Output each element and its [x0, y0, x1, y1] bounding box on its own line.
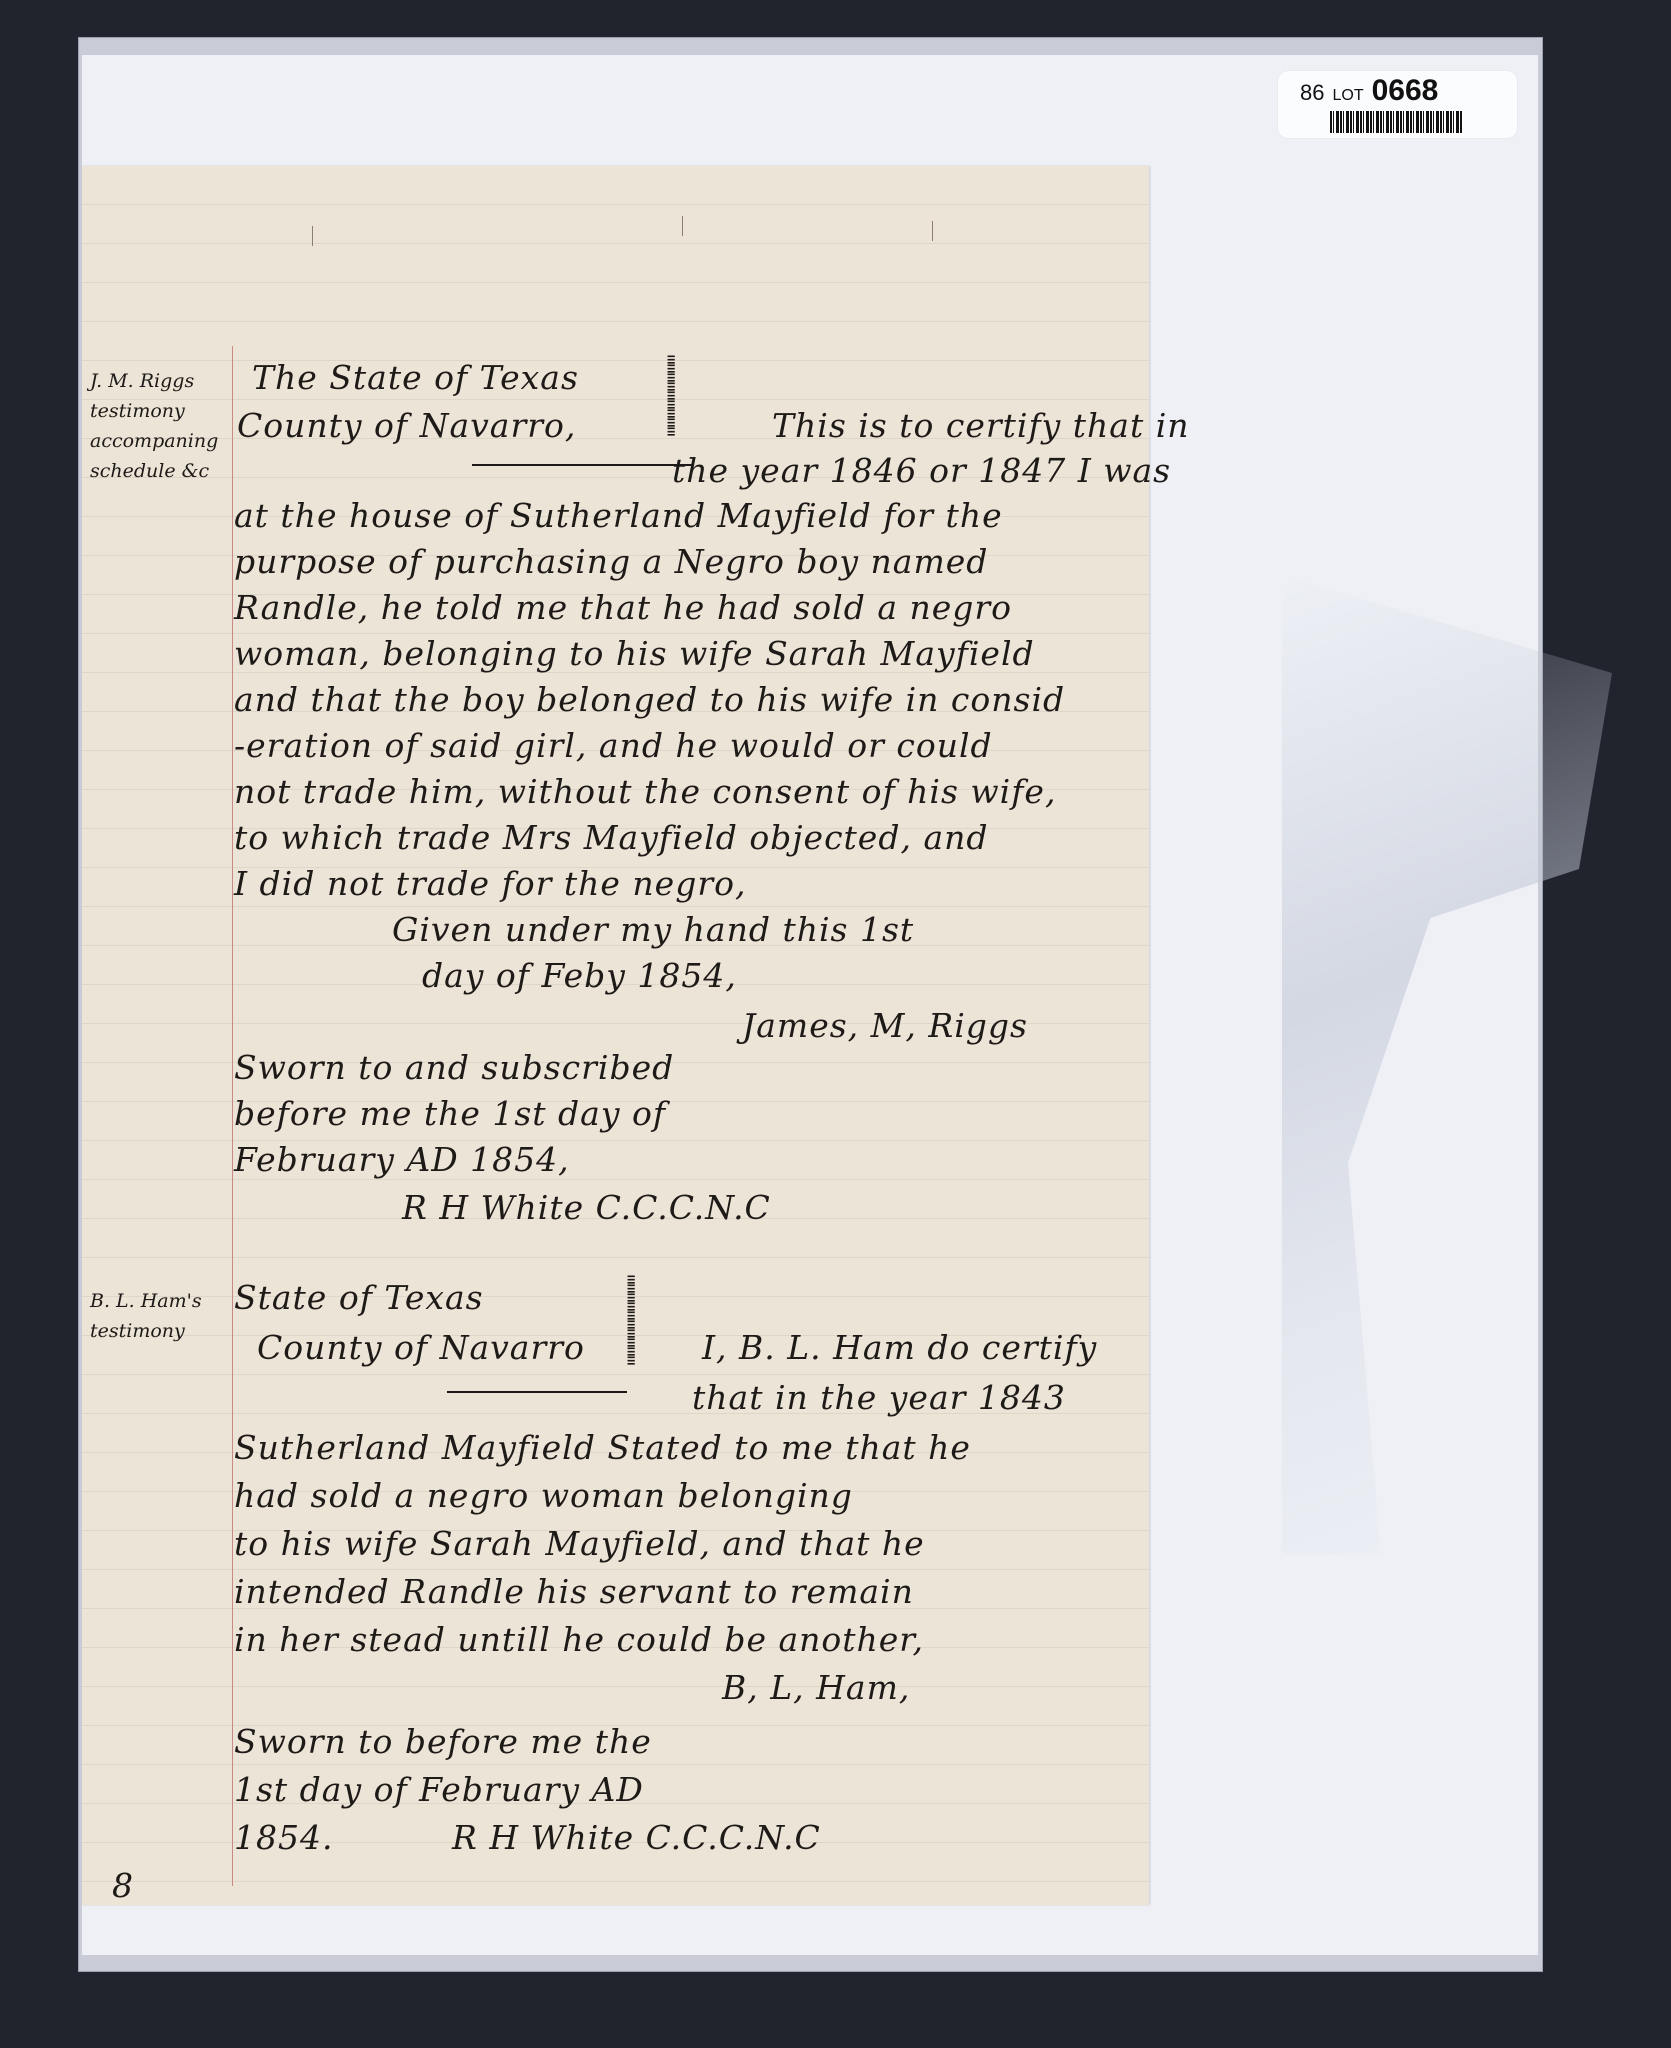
body-line: and that the boy belonged to his wife in… — [234, 680, 1065, 719]
manuscript-page: J. M. Riggs testimony accompaning schedu… — [82, 166, 1149, 1905]
fold-mark — [312, 226, 313, 246]
heading-county: County of Navarro, — [237, 406, 576, 445]
jurat-line: Sworn to before me the — [234, 1722, 652, 1761]
body-line: This is to certify that in — [772, 406, 1190, 445]
signature-riggs: James, M, Riggs — [742, 1006, 1028, 1045]
fold-mark — [682, 216, 683, 236]
body-line: to his wife Sarah Mayfield, and that he — [234, 1524, 925, 1563]
seal-brace: ≡≡≡≡≡≡≡≡≡≡ — [627, 1276, 635, 1366]
clerk-signature: R H White C.C.C.N.C — [452, 1818, 821, 1857]
clerk-signature: R H White C.C.C.N.C — [402, 1188, 771, 1227]
body-line: had sold a negro woman belonging — [234, 1476, 853, 1515]
fold-mark — [932, 221, 933, 241]
given-line: day of Feby 1854, — [422, 956, 737, 995]
body-line: the year 1846 or 1847 I was — [672, 451, 1171, 490]
given-line: Given under my hand this 1st — [392, 910, 914, 949]
sale-number: 86 — [1300, 80, 1324, 106]
heading-state: The State of Texas — [252, 358, 579, 397]
body-line: I did not trade for the negro, — [234, 864, 746, 903]
heading-underline — [472, 464, 692, 466]
jurat-line: before me the 1st day of — [234, 1094, 666, 1133]
body-line: -eration of said girl, and he would or c… — [234, 726, 993, 765]
lot-number: 0668 — [1372, 74, 1439, 108]
auction-lot-label: 86 LOT 0668 — [1278, 71, 1517, 138]
heading-county: County of Navarro — [257, 1328, 585, 1367]
jurat-line: Sworn to and subscribed — [234, 1048, 674, 1087]
seal-brace: ≡≡≡≡≡≡≡≡≡ — [667, 356, 675, 437]
body-line: in her stead untill he could be another, — [234, 1620, 924, 1659]
margin-note-riggs: J. M. Riggs testimony accompaning schedu… — [90, 366, 218, 486]
body-line: to which trade Mrs Mayfield objected, an… — [234, 818, 989, 857]
sleeve-reflection — [1282, 575, 1612, 1555]
margin-rule — [232, 346, 233, 1886]
body-line: at the house of Sutherland Mayfield for … — [234, 496, 1003, 535]
lot-prefix: LOT — [1332, 87, 1363, 105]
jurat-line: 1854. — [234, 1818, 333, 1857]
body-line: that in the year 1843 — [692, 1378, 1066, 1417]
page-number: 8 — [112, 1866, 134, 1905]
barcode-icon — [1330, 111, 1462, 133]
body-line: intended Randle his servant to remain — [234, 1572, 914, 1611]
body-line: woman, belonging to his wife Sarah Mayfi… — [234, 634, 1035, 673]
body-line: I, B. L. Ham do certify — [702, 1328, 1097, 1367]
heading-state: State of Texas — [234, 1278, 484, 1317]
signature-ham: B, L, Ham, — [722, 1668, 910, 1707]
body-line: Sutherland Mayfield Stated to me that he — [234, 1428, 971, 1467]
jurat-line: February AD 1854, — [234, 1140, 570, 1179]
body-line: purpose of purchasing a Negro boy named — [234, 542, 988, 581]
margin-note-ham: B. L. Ham's testimony — [90, 1286, 202, 1346]
body-line: not trade him, without the consent of hi… — [234, 772, 1056, 811]
heading-underline — [447, 1391, 627, 1393]
jurat-line: 1st day of February AD — [234, 1770, 644, 1809]
body-line: Randle, he told me that he had sold a ne… — [234, 588, 1012, 627]
